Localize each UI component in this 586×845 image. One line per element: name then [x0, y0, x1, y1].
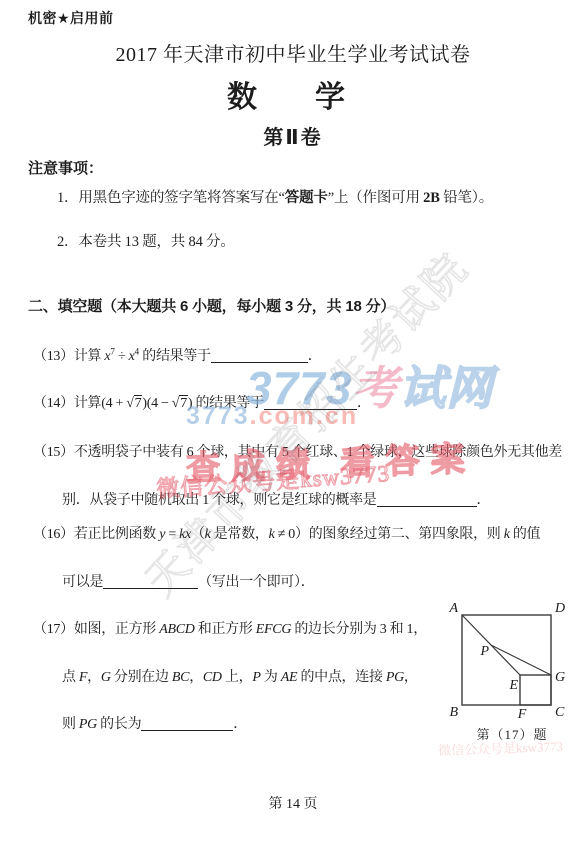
note-item-1: 1．用黑色字迹的签字笔将答案写在“答题卡”上（作图可用 2B 铅笔）。 [57, 186, 493, 207]
square-efcg [520, 675, 551, 705]
note-item-2: 2．本卷共 13 题，共 84 分。 [57, 230, 235, 251]
section-heading: 二、填空题（本大题共 6 小题，每小题 3 分，共 18 分） [28, 295, 395, 316]
math-kx: kx [179, 527, 191, 542]
question-13-number: （13） [33, 349, 74, 364]
page-number: 第 14 页 [0, 793, 586, 813]
question-15-line-1: （15）不透明袋子中装有 6 个球，其中有 5 个红球、1 个绿球，这些球除颜色… [33, 441, 562, 461]
point-label-p: P [479, 644, 489, 659]
question-17-line-1: （17）如图，正方形 ABCD 和正方形 EFCG 的边长分别为 3 和 1， [33, 618, 427, 638]
vertex-label-c: C [555, 705, 565, 720]
answer-blank-17 [141, 716, 233, 731]
answer-card-emphasis: 答题卡 [285, 190, 328, 206]
exam-title: 2017 年天津市初中毕业生学业考试试卷 [0, 38, 586, 67]
question-16-number: （16） [33, 527, 74, 542]
answer-blank-14 [264, 395, 357, 410]
point-label-g: G [555, 670, 565, 685]
answer-blank-13 [211, 348, 308, 363]
answer-blank-16 [103, 574, 198, 589]
subject-title: 数 学 [0, 72, 586, 116]
vertex-label-b: B [449, 705, 458, 720]
classification-label: 机密★启用前 [28, 8, 114, 28]
radicand-7: 7 [179, 395, 188, 411]
question-15-number: （15） [33, 445, 74, 460]
point-label-f: F [517, 707, 527, 722]
sqrt-symbol: √ [126, 396, 133, 411]
notes-heading: 注意事项： [28, 157, 103, 178]
question-17-line-2: 点 F，G 分别在边 BC，CD 上，P 为 AE 的中点，连接 PG， [62, 666, 418, 686]
vertex-label-a: A [448, 601, 458, 616]
answer-blank-15 [377, 492, 477, 507]
math-abcd: ABCD [159, 622, 194, 637]
pencil-2b-emphasis: 2B [423, 190, 440, 206]
question-17-number: （17） [33, 622, 74, 637]
question-14: （14）计算(4 + √7)(4 − √7) 的结果等于． [33, 392, 371, 412]
question-16-line-1: （16）若正比例函数 y = kx（k 是常数，k ≠ 0）的图象经过第二、第四… [33, 523, 540, 543]
vertex-label-d: D [554, 601, 565, 616]
watermark-exam-authority-diagonal: 天津市教育招生考试院 [109, 215, 501, 629]
figure-caption: 第（17）题 [438, 724, 586, 743]
question-15-line-2: 别．从袋子中随机取出 1 个球，则它是红球的概率是． [62, 489, 490, 509]
question-16-line-2: 可以是（写出一个即可）． [62, 571, 314, 591]
math-efcg: EFCG [256, 622, 291, 637]
question-13: （13）计算 x7 ÷ x4 的结果等于． [33, 345, 321, 365]
volume-title: 第Ⅱ卷 [0, 121, 586, 150]
question-17-line-3: 则 PG 的长为． [62, 713, 247, 733]
segment-pg [491, 645, 551, 675]
question-14-number: （14） [33, 396, 74, 411]
exam-paper-page: 机密★启用前 2017 年天津市初中毕业生学业考试试卷 数 学 第Ⅱ卷 注意事项… [0, 0, 586, 845]
point-label-e: E [508, 678, 518, 693]
question-17-figure: A D B C P E G F 第（17）题 [438, 598, 586, 748]
